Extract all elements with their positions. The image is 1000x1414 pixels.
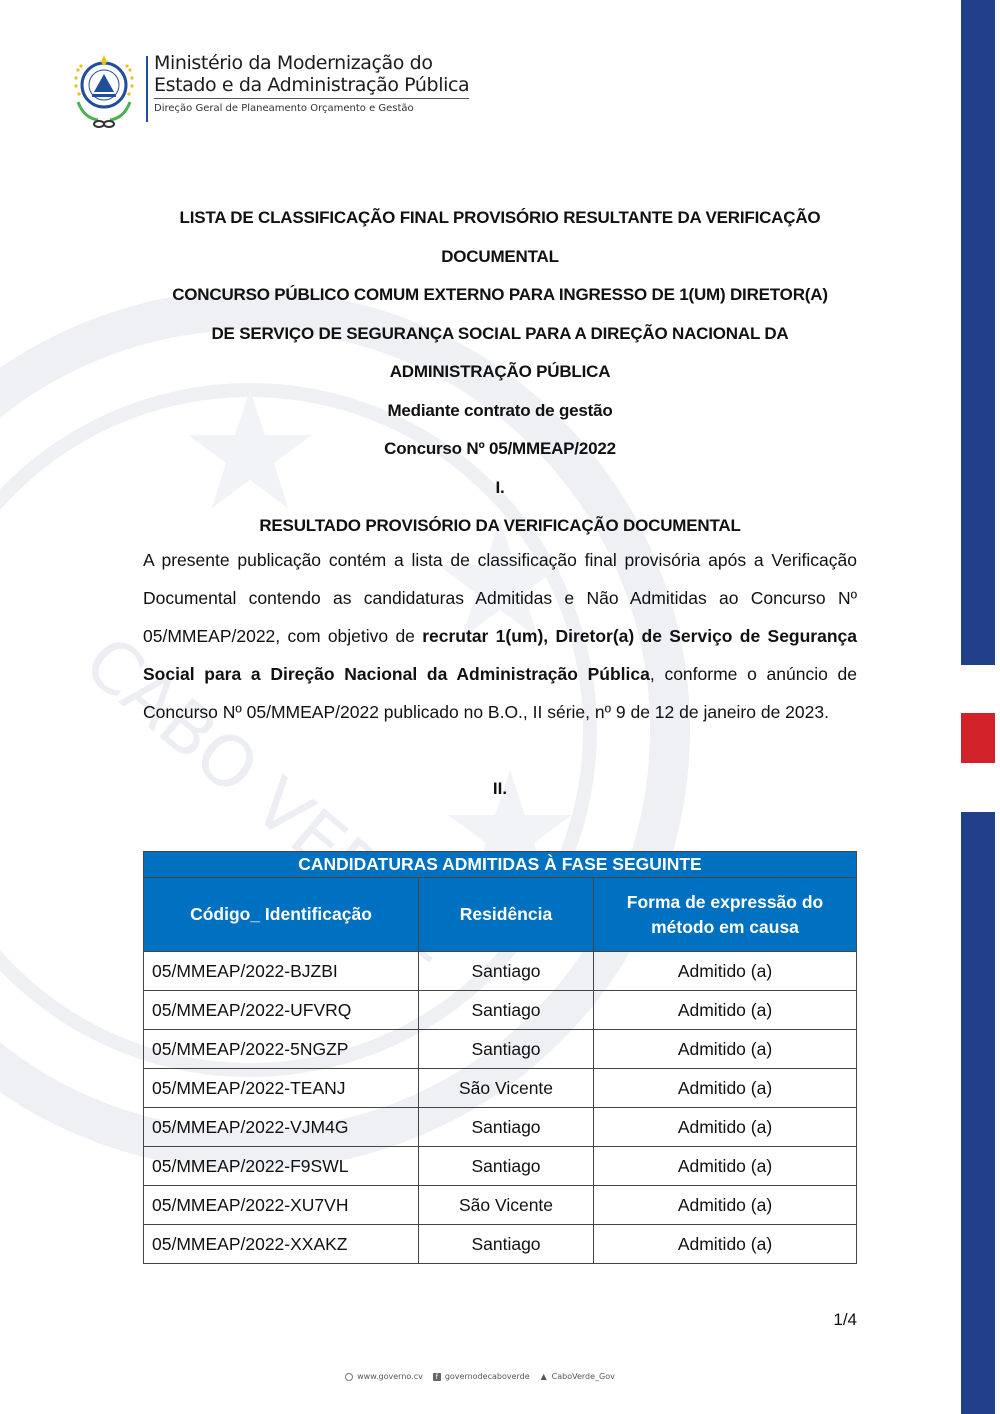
footer-twitter[interactable]: ▲ CaboVerde_Gov [540, 1372, 615, 1381]
cell-residence: Santiago [419, 1030, 594, 1069]
section-heading-1: RESULTADO PROVISÓRIO DA VERIFICAÇÃO DOCU… [143, 507, 857, 546]
flag-stripe-red [961, 713, 995, 763]
cell-residence: Santiago [419, 1108, 594, 1147]
cell-status: Admitido (a) [594, 1186, 857, 1225]
cell-code: 05/MMEAP/2022-XXAKZ [144, 1225, 419, 1264]
cell-status: Admitido (a) [594, 952, 857, 991]
cell-status: Admitido (a) [594, 1225, 857, 1264]
table-row: 05/MMEAP/2022-5NGZPSantiagoAdmitido (a) [144, 1030, 857, 1069]
title-line: CONCURSO PÚBLICO COMUM EXTERNO PARA INGR… [143, 276, 857, 315]
ministry-name-line1: Ministério da Modernização do [154, 52, 469, 74]
section-number-2: II. [143, 770, 857, 808]
title-line: ADMINISTRAÇÃO PÚBLICA [143, 353, 857, 392]
cell-code: 05/MMEAP/2022-XU7VH [144, 1186, 419, 1225]
cell-residence: São Vicente [419, 1186, 594, 1225]
table-row: 05/MMEAP/2022-F9SWLSantiagoAdmitido (a) [144, 1147, 857, 1186]
column-header-residence: Residência [419, 878, 594, 952]
cell-residence: Santiago [419, 952, 594, 991]
column-header-method: Forma de expressão do método em causa [594, 878, 857, 952]
cell-status: Admitido (a) [594, 1108, 857, 1147]
website-label: www.governo.cv [357, 1372, 423, 1381]
coat-of-arms-icon [70, 52, 138, 130]
table-row: 05/MMEAP/2022-BJZBISantiagoAdmitido (a) [144, 952, 857, 991]
admitted-candidates-table: CANDIDATURAS ADMITIDAS À FASE SEGUINTE C… [143, 851, 857, 1264]
twitter-label: CaboVerde_Gov [552, 1372, 615, 1381]
table-caption: CANDIDATURAS ADMITIDAS À FASE SEGUINTE [144, 852, 857, 878]
cell-residence: Santiago [419, 1225, 594, 1264]
cell-status: Admitido (a) [594, 1030, 857, 1069]
table-row: 05/MMEAP/2022-VJM4GSantiagoAdmitido (a) [144, 1108, 857, 1147]
page-number: 1/4 [820, 1310, 857, 1330]
section-number-1: I. [143, 469, 857, 508]
cell-status: Admitido (a) [594, 1069, 857, 1108]
cell-code: 05/MMEAP/2022-F9SWL [144, 1147, 419, 1186]
facebook-label: governodecaboverde [445, 1372, 530, 1381]
cell-code: 05/MMEAP/2022-5NGZP [144, 1030, 419, 1069]
facebook-icon: f [433, 1373, 441, 1381]
ministry-logo: Ministério da Modernização do Estado e d… [70, 52, 469, 130]
footer-links: www.governo.cv f governodecaboverde ▲ Ca… [0, 1372, 960, 1381]
logo-divider [146, 56, 148, 122]
flag-stripe-blue-top [961, 0, 995, 665]
table-row: 05/MMEAP/2022-XXAKZSantiagoAdmitido (a) [144, 1225, 857, 1264]
title-line: DE SERVIÇO DE SEGURANÇA SOCIAL PARA A DI… [143, 315, 857, 354]
cell-residence: São Vicente [419, 1069, 594, 1108]
subtitle-contract: Mediante contrato de gestão [143, 392, 857, 431]
table-row: 05/MMEAP/2022-XU7VHSão VicenteAdmitido (… [144, 1186, 857, 1225]
footer-facebook[interactable]: f governodecaboverde [433, 1372, 530, 1381]
flag-stripe-blue-bottom [961, 812, 995, 1414]
intro-paragraph: A presente publicação contém a lista de … [143, 541, 857, 731]
cell-code: 05/MMEAP/2022-TEANJ [144, 1069, 419, 1108]
column-header-code: Código_ Identificação [144, 878, 419, 952]
cell-code: 05/MMEAP/2022-VJM4G [144, 1108, 419, 1147]
department-name: Direção Geral de Planeamento Orçamento e… [154, 103, 469, 114]
cell-status: Admitido (a) [594, 991, 857, 1030]
contest-number: Concurso Nº 05/MMEAP/2022 [143, 430, 857, 469]
cell-code: 05/MMEAP/2022-UFVRQ [144, 991, 419, 1030]
cell-residence: Santiago [419, 991, 594, 1030]
table-row: 05/MMEAP/2022-TEANJSão VicenteAdmitido (… [144, 1069, 857, 1108]
globe-icon [345, 1373, 353, 1381]
cell-status: Admitido (a) [594, 1147, 857, 1186]
table-row: 05/MMEAP/2022-UFVRQSantiagoAdmitido (a) [144, 991, 857, 1030]
document-title-block: LISTA DE CLASSIFICAÇÃO FINAL PROVISÓRIO … [143, 199, 857, 546]
title-line: DOCUMENTAL [143, 238, 857, 277]
cell-code: 05/MMEAP/2022-BJZBI [144, 952, 419, 991]
ministry-name-line2: Estado e da Administração Pública [154, 74, 469, 99]
footer-website[interactable]: www.governo.cv [345, 1372, 423, 1381]
cell-residence: Santiago [419, 1147, 594, 1186]
title-line: LISTA DE CLASSIFICAÇÃO FINAL PROVISÓRIO … [143, 199, 857, 238]
twitter-icon: ▲ [540, 1373, 548, 1381]
